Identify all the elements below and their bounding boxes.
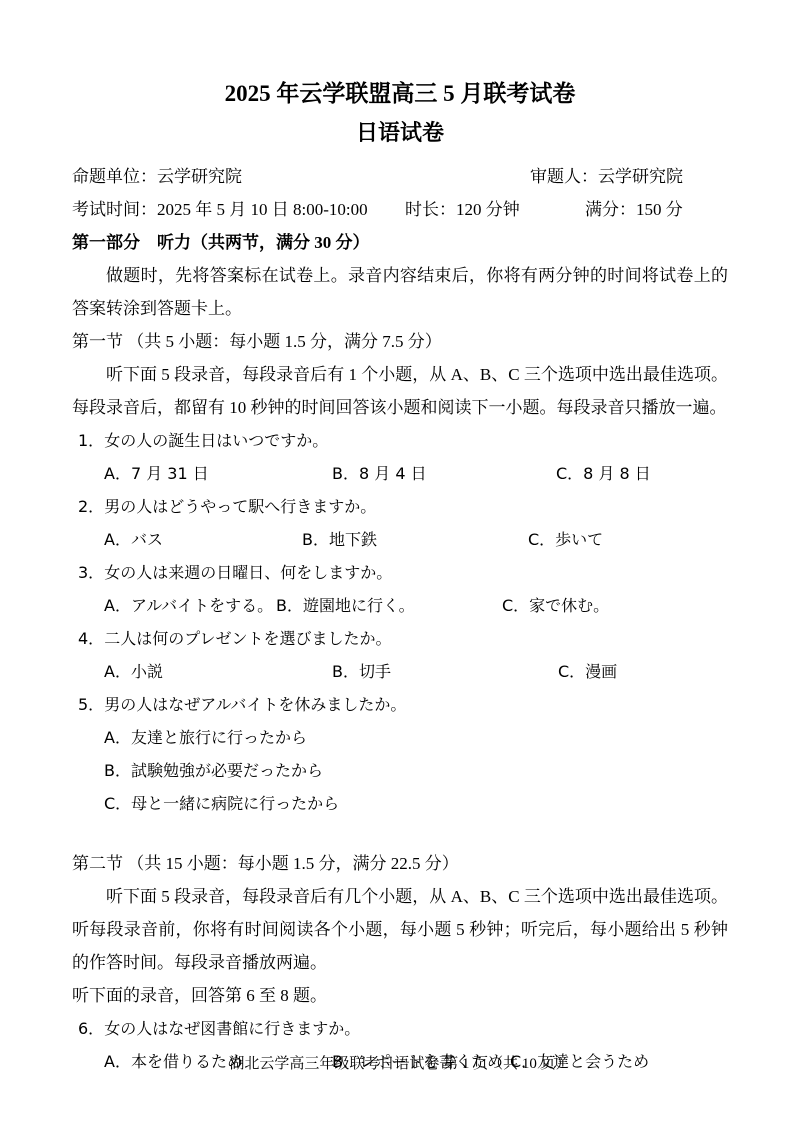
question-5-number: 5．: [78, 695, 104, 714]
exam-paper-content: 2025 年云学联盟高三 5 月联考试卷 日语试卷 命题单位：云学研究院 审题人…: [0, 0, 800, 1078]
question-1-text: 女の人の誕生日はいつですか。: [104, 431, 328, 450]
section2-heading: 第二节 （共 15 小题：每小题 1.5 分，满分 22.5 分）: [72, 847, 728, 880]
question-2-option-b: B．地下鉄: [302, 523, 528, 556]
question-5-text: 男の人はなぜアルバイトを休みましたか。: [104, 695, 406, 714]
exam-duration: 时长：120 分钟: [405, 193, 585, 226]
question-5-option-b: B．試験勉強が必要だったから: [72, 754, 728, 787]
question-6: 6．女の人はなぜ図書館に行きますか。: [72, 1012, 728, 1045]
question-6-number: 6．: [78, 1019, 104, 1038]
question-3: 3．女の人は来週の日曜日、何をしますか。: [72, 556, 728, 589]
question-2-number: 2．: [78, 497, 104, 516]
question-3-text: 女の人は来週の日曜日、何をしますか。: [104, 563, 392, 582]
question-1-option-c: C．8 月 8 日: [556, 457, 728, 490]
part1-intro: 做题时，先将答案标在试卷上。录音内容结束后，你将有两分钟的时间将试卷上的答案转涂…: [72, 259, 728, 325]
section2-passage-intro: 听下面的录音，回答第 6 至 8 题。: [72, 979, 728, 1012]
question-4-number: 4．: [78, 629, 104, 648]
question-1-options: A．7 月 31 日 B．8 月 4 日 C．8 月 8 日: [72, 457, 728, 490]
exam-meta-row-1: 命题单位：云学研究院 审题人：云学研究院: [72, 160, 728, 193]
question-1-number: 1．: [78, 431, 104, 450]
question-2-options: A．バス B．地下鉄 C．歩いて: [72, 523, 728, 556]
question-5-option-c: C．母と一緒に病院に行ったから: [72, 787, 728, 820]
question-2-option-c: C．歩いて: [528, 523, 728, 556]
exam-paper-page: 2025 年云学联盟高三 5 月联考试卷 日语试卷 命题单位：云学研究院 审题人…: [0, 0, 800, 1131]
question-2-text: 男の人はどうやって駅へ行きますか。: [104, 497, 376, 516]
question-4-option-c: C．漫画: [558, 655, 728, 688]
question-6-text: 女の人はなぜ図書館に行きますか。: [104, 1019, 360, 1038]
question-3-option-a: A．アルバイトをする。: [104, 589, 276, 622]
section1-instructions: 听下面 5 段录音，每段录音后有 1 个小题，从 A、B、C 三个选项中选出最佳…: [72, 358, 728, 424]
question-4-text: 二人は何のプレゼントを選びましたか。: [104, 629, 391, 648]
page-title: 2025 年云学联盟高三 5 月联考试卷: [72, 78, 728, 110]
exam-full-score: 满分：150 分: [585, 193, 728, 226]
part1-heading: 第一部分 听力（共两节，满分 30 分）: [72, 226, 728, 259]
page-subtitle: 日语试卷: [72, 110, 728, 156]
exam-setter: 命题单位：云学研究院: [72, 160, 530, 193]
question-3-options: A．アルバイトをする。 B．遊園地に行く。 C．家で休む。: [72, 589, 728, 622]
question-1: 1．女の人の誕生日はいつですか。: [72, 424, 728, 457]
question-4-options: A．小説 B．切手 C．漫画: [72, 655, 728, 688]
section1-heading: 第一节 （共 5 小题：每小题 1.5 分，满分 7.5 分）: [72, 325, 728, 358]
question-2-option-a: A．バス: [104, 523, 302, 556]
exam-meta-row-2: 考试时间：2025 年 5 月 10 日 8:00-10:00 时长：120 分…: [72, 193, 728, 226]
exam-time: 考试时间：2025 年 5 月 10 日 8:00-10:00: [72, 193, 405, 226]
question-1-option-b: B．8 月 4 日: [332, 457, 556, 490]
question-5: 5．男の人はなぜアルバイトを休みましたか。: [72, 688, 728, 721]
question-4-option-b: B．切手: [332, 655, 558, 688]
question-1-option-a: A．7 月 31 日: [104, 457, 332, 490]
page-footer: 湖北云学高三年级联考日语试卷 第 1 页（共 10 页）: [0, 1049, 800, 1079]
question-3-number: 3．: [78, 563, 104, 582]
question-5-option-a: A．友達と旅行に行ったから: [72, 721, 728, 754]
exam-reviewer: 审题人：云学研究院: [530, 160, 728, 193]
question-4-option-a: A．小説: [104, 655, 332, 688]
question-3-option-b: B．遊園地に行く。: [276, 589, 502, 622]
question-4: 4．二人は何のプレゼントを選びましたか。: [72, 622, 728, 655]
section2-instructions: 听下面 5 段录音，每段录音后有几个小题，从 A、B、C 三个选项中选出最佳选项…: [72, 880, 728, 979]
question-3-option-c: C．家で休む。: [502, 589, 728, 622]
question-2: 2．男の人はどうやって駅へ行きますか。: [72, 490, 728, 523]
